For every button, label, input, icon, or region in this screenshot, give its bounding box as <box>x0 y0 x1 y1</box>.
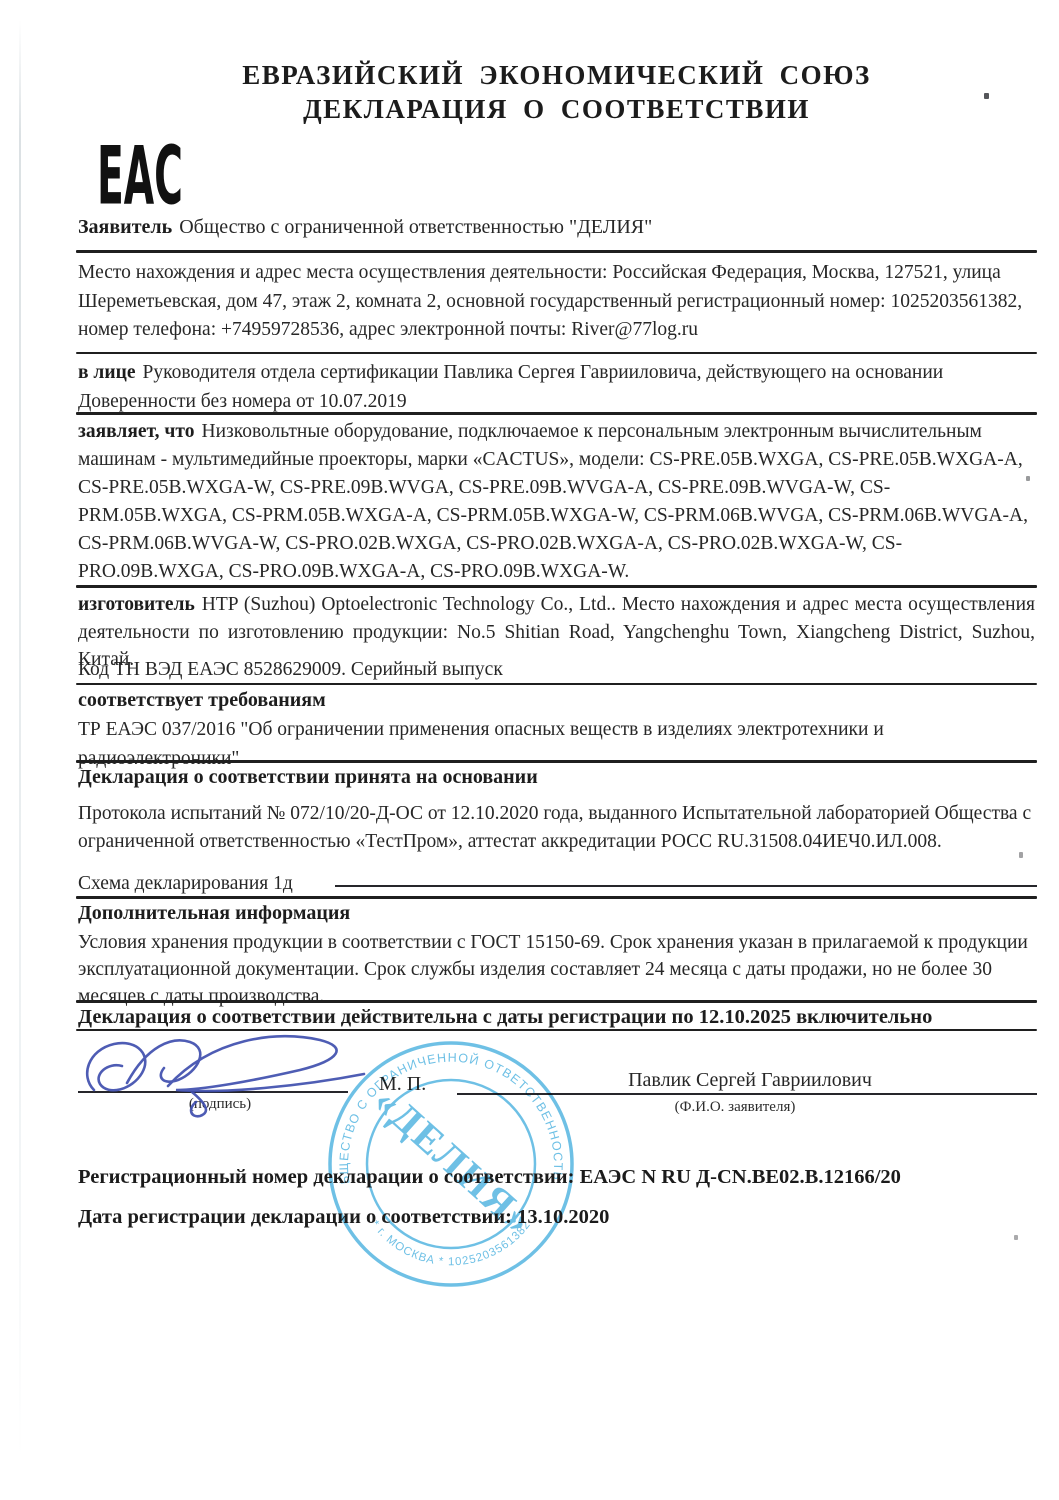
eac-logo: ЕАС <box>94 128 186 220</box>
registration-number-value: ЕАЭС N RU Д-CN.ВЕ02.В.12166/20 <box>580 1166 901 1188</box>
separator <box>76 352 1037 354</box>
scan-edge-line <box>19 20 21 1460</box>
separator <box>76 1000 1037 1003</box>
in-person-paragraph: в лицеРуководителя отдела сертификации П… <box>78 359 1035 416</box>
additional-heading: Дополнительная информация <box>78 902 1035 925</box>
registration-number-line: Регистрационный номер декларации о соотв… <box>78 1166 1035 1189</box>
declares-value: Низковольтные оборудование, подключаемое… <box>78 421 1028 582</box>
basis-paragraph: Протокола испытаний № 072/10/20-Д-ОС от … <box>78 800 1035 856</box>
conforms-heading: соответствует требованиям <box>78 689 1035 712</box>
registration-number-label: Регистрационный номер декларации о соотв… <box>78 1166 574 1188</box>
registration-date-value: 13.10.2020 <box>517 1206 609 1228</box>
additional-paragraph: Условия хранения продукции в соответстви… <box>78 929 1035 1010</box>
manufacturer-label: изготовитель <box>78 594 195 615</box>
document-title-line1: ЕВРАЗИЙСКИЙ ЭКОНОМИЧЕСКИЙ СОЮЗ <box>78 60 1035 91</box>
scan-speck <box>1014 1235 1018 1240</box>
applicant-name: Павлик Сергей Гавриилович <box>560 1066 940 1095</box>
conforms-paragraph: ТР ЕАЭС 037/2016 "Об ограничении примене… <box>78 716 1035 773</box>
applicant-row: ЗаявительОбщество с ограниченной ответст… <box>78 213 1035 242</box>
declaration-document: ЕВРАЗИЙСКИЙ ЭКОНОМИЧЕСКИЙ СОЮЗ ДЕКЛАРАЦИ… <box>0 0 1059 1500</box>
address-paragraph: Место нахождения и адрес места осуществл… <box>78 259 1035 345</box>
svg-text:ЕАС: ЕАС <box>97 131 183 220</box>
company-stamp: ОБЩЕСТВО С ОГРАНИЧЕННОЙ ОТВЕТСТВЕННОСТЬЮ… <box>325 1035 577 1293</box>
document-title-line2: ДЕКЛАРАЦИЯ О СООТВЕТСТВИИ <box>78 94 1035 125</box>
applicant-label: Заявитель <box>78 216 172 238</box>
separator <box>76 585 1037 588</box>
tnved-line: Код ТН ВЭД ЕАЭС 8528629009. Серийный вып… <box>78 656 1035 685</box>
separator <box>76 683 1037 685</box>
registration-date-label: Дата регистрации декларации о соответств… <box>78 1206 512 1228</box>
scan-speck <box>1026 476 1030 481</box>
name-caption: (Ф.И.О. заявителя) <box>640 1099 830 1116</box>
in-person-value: Руководителя отдела сертификации Павлика… <box>78 362 943 412</box>
basis-heading: Декларация о соответствии принята на осн… <box>78 766 1035 789</box>
in-person-label: в лице <box>78 362 135 383</box>
scheme-rule <box>335 885 1037 887</box>
scan-speck <box>984 93 989 99</box>
scan-speck <box>1019 852 1023 858</box>
declares-paragraph: заявляет, чтоНизковольтные оборудование,… <box>78 418 1035 586</box>
validity-line: Декларация о соответствии действительна … <box>78 1006 1035 1029</box>
separator <box>76 250 1037 253</box>
separator <box>76 412 1037 415</box>
separator <box>76 896 1037 899</box>
applicant-value: Общество с ограниченной ответственностью… <box>179 216 652 238</box>
declares-label: заявляет, что <box>78 421 195 442</box>
registration-date-line: Дата регистрации декларации о соответств… <box>78 1206 1035 1229</box>
separator <box>76 760 1037 763</box>
